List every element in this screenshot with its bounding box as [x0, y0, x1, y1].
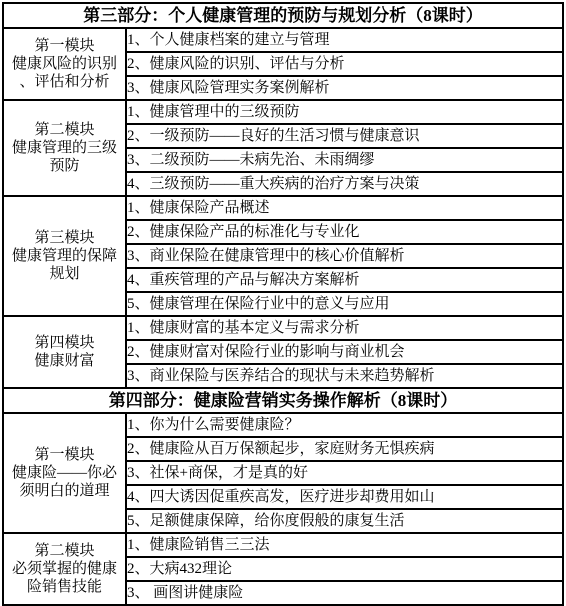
- table-row: 第三模块 健康管理的保障 规划 1、健康保险产品概述: [3, 196, 563, 220]
- course-item-cell: 4、四大诱因促重疾高发，医疗进步却费用如山: [126, 485, 563, 509]
- course-item-cell: 3、二级预防——未病先治、未雨绸缪: [126, 148, 563, 172]
- table-row: 第四部分：健康险营销实务操作解析（8课时）: [3, 388, 563, 413]
- course-item-cell: 5、足额健康保障，给你度假般的康复生活: [126, 509, 563, 533]
- section-4-header: 第四部分：健康险营销实务操作解析（8课时）: [3, 388, 563, 413]
- table-row: 第三部分：个人健康管理的预防与规划分析（8课时）: [3, 3, 563, 28]
- course-item-cell: 2、健康财富对保险行业的影响与商业机会: [126, 340, 563, 364]
- table-row: 第四模块 健康财富 1、健康财富的基本定义与需求分析: [3, 316, 563, 340]
- module-label-cell: 第一模块 健康险——你必 须明白的道理: [3, 413, 126, 533]
- course-item-cell: 3、 画图讲健康险: [126, 581, 563, 605]
- course-item-cell: 1、健康险销售三三法: [126, 533, 563, 557]
- course-item-cell: 2、健康风险的识别、评估与分析: [126, 52, 563, 76]
- table-row: 第二模块 必须掌握的健康 险销售技能 1、健康险销售三三法: [3, 533, 563, 557]
- table-row: 第一模块 健康风险的识别 、评估和分析 1、个人健康档案的建立与管理: [3, 28, 563, 52]
- course-item-cell: 2、一级预防——良好的生活习惯与健康意识: [126, 124, 563, 148]
- course-item-cell: 4、重疾管理的产品与解决方案解析: [126, 268, 563, 292]
- course-item-cell: 1、健康保险产品概述: [126, 196, 563, 220]
- course-item-cell: 1、你为什么需要健康险？: [126, 413, 563, 437]
- course-item-cell: 3、商业保险在健康管理中的核心价值解析: [126, 244, 563, 268]
- course-item-cell: 5、健康管理在保险行业中的意义与应用: [126, 292, 563, 316]
- module-label-cell: 第四模块 健康财富: [3, 316, 126, 388]
- table-row: 第二模块 健康管理的三级 预防 1、健康管理中的三级预防: [3, 100, 563, 124]
- course-item-cell: 3、商业保险与医养结合的现状与未来趋势解析: [126, 364, 563, 388]
- course-item-cell: 3、社保+商保，才是真的好: [126, 461, 563, 485]
- course-item-cell: 1、健康财富的基本定义与需求分析: [126, 316, 563, 340]
- course-item-cell: 3、健康风险管理实务案例解析: [126, 76, 563, 100]
- module-label-cell: 第三模块 健康管理的保障 规划: [3, 196, 126, 316]
- course-item-cell: 1、个人健康档案的建立与管理: [126, 28, 563, 52]
- course-item-cell: 4、三级预防——重大疾病的治疗方案与决策: [126, 172, 563, 196]
- module-label-cell: 第二模块 必须掌握的健康 险销售技能: [3, 533, 126, 605]
- module-label-cell: 第二模块 健康管理的三级 预防: [3, 100, 126, 196]
- module-label-cell: 第一模块 健康风险的识别 、评估和分析: [3, 28, 126, 100]
- course-outline-table: 第三部分：个人健康管理的预防与规划分析（8课时） 第一模块 健康风险的识别 、评…: [2, 2, 564, 606]
- table-row: 第一模块 健康险——你必 须明白的道理 1、你为什么需要健康险？: [3, 413, 563, 437]
- course-item-cell: 2、大病432理论: [126, 557, 563, 581]
- section-3-header: 第三部分：个人健康管理的预防与规划分析（8课时）: [3, 3, 563, 28]
- course-item-cell: 2、健康保险产品的标准化与专业化: [126, 220, 563, 244]
- course-item-cell: 1、健康管理中的三级预防: [126, 100, 563, 124]
- course-item-cell: 2、健康险从百万保额起步，家庭财务无惧疾病: [126, 437, 563, 461]
